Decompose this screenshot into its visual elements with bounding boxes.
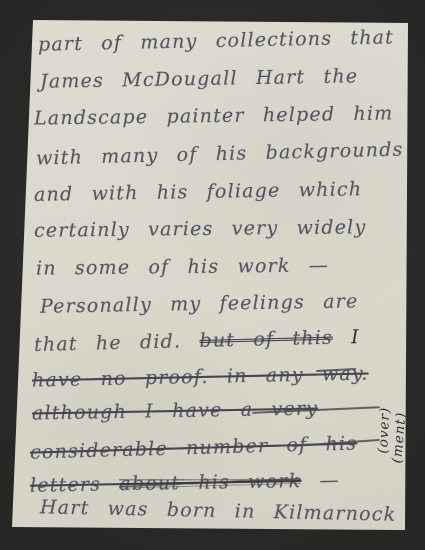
handwritten-line-13: letters about his work —	[30, 469, 340, 496]
handwritten-line-14: Hart was born in Kilmarnock	[40, 496, 397, 525]
handwritten-line-12-struck: considerable number of his	[30, 432, 358, 463]
margin-note-second: (ment)	[389, 411, 410, 464]
handwritten-line-4: with many of his backgrounds	[36, 139, 404, 170]
line-13-struck-text: letters	[30, 473, 120, 497]
handwritten-line-9: that he did. but of this I	[34, 326, 360, 356]
line-9-trailing-text: I	[333, 326, 360, 349]
line-9-text: that he did.	[34, 330, 200, 356]
line-9-struck-text: but of this	[199, 327, 333, 352]
handwritten-line-1: part of many collections that	[38, 26, 394, 55]
line-13-trailing-dash: —	[301, 469, 340, 492]
handwritten-line-2: James McDougall Hart the	[40, 65, 359, 93]
line-13-scribbled-text: about his work	[119, 470, 301, 495]
handwritten-line-8: Personally my feelings are	[40, 290, 359, 318]
handwritten-line-5: and with his foliage which	[34, 178, 363, 206]
letter-page: part of many collections that James McDo…	[0, 0, 425, 550]
handwritten-line-6: certainly varies very widely	[34, 216, 367, 241]
handwritten-line-10-struck: have no proof. in any way.	[32, 362, 369, 391]
handwritten-line-7: in some of his work —	[36, 254, 329, 279]
handwritten-line-3: Landscape painter helped him	[34, 102, 394, 129]
photo-background: part of many collections that James McDo…	[0, 0, 425, 550]
